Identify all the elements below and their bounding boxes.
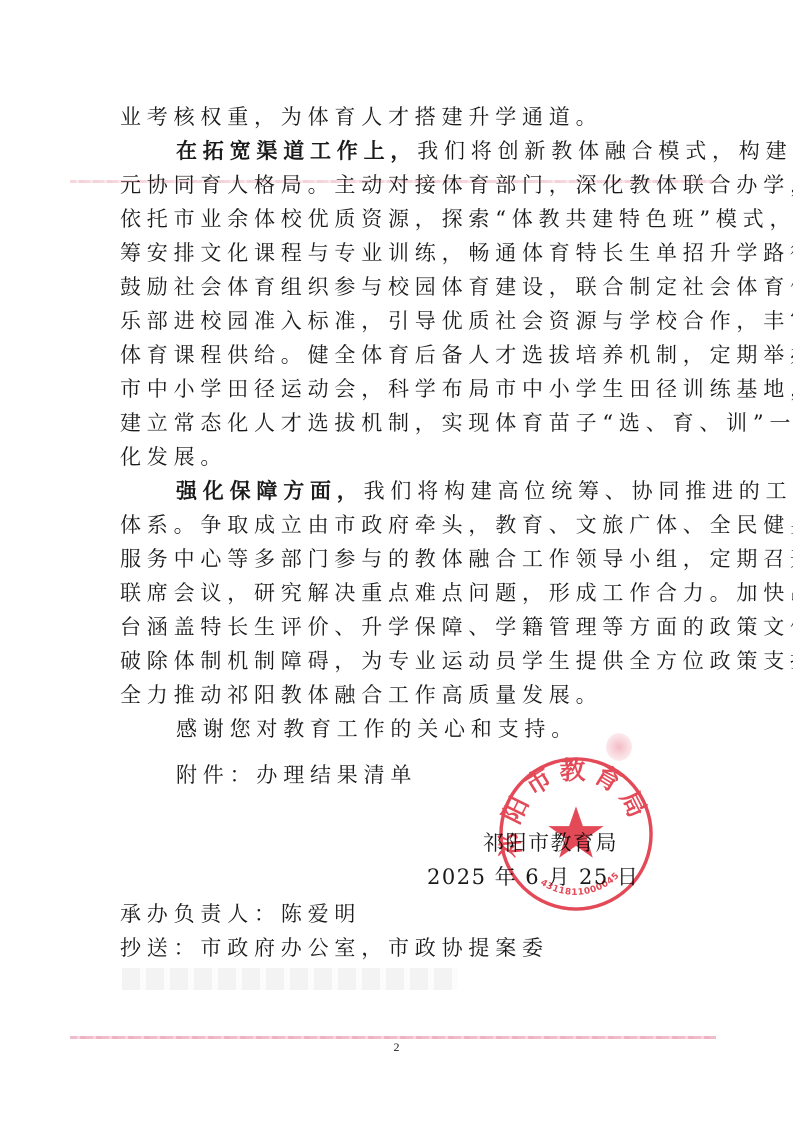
section-lead: 在拓宽渠道工作上， (176, 139, 417, 163)
bleed-through-text (122, 968, 458, 990)
attachment-line: 附件：办理结果清单 (176, 758, 417, 792)
body-line: 筹安排文化课程与专业训练，畅通体育特长生单招升学路径。 (120, 236, 680, 270)
body-line: 元协同育人格局。主动对接体育部门，深化教体联合办学， (120, 168, 680, 202)
cc-line: 抄送：市政府办公室，市政协提案委 (120, 931, 549, 965)
handler-line: 承办负责人：陈爱明 (120, 897, 361, 931)
attachment-label: 附件： (176, 763, 256, 787)
body-line: 破除体制机制障碍，为专业运动员学生提供全方位政策支持， (120, 644, 680, 678)
cc-label: 抄送： (120, 936, 200, 960)
body-line: 依托市业余体校优质资源，探索“体教共建特色班”模式，统 (120, 202, 680, 236)
cc-value: 市政府办公室，市政协提案委 (200, 936, 548, 960)
body-text: 我们将构建高位统筹、协同推进的工作 (364, 479, 793, 503)
svg-text:4311811000045: 4311811000045 (538, 871, 621, 898)
seal-number: 4311811000045 (538, 871, 621, 898)
body-line: 服务中心等多部门参与的教体融合工作领导小组，定期召开 (120, 542, 680, 576)
attachment-value: 办理结果清单 (256, 763, 417, 787)
body-line: 台涵盖特长生评价、升学保障、学籍管理等方面的政策文件， (120, 610, 680, 644)
document-page: 业考核权重，为体育人才搭建升学通道。 在拓宽渠道工作上，我们将创新教体融合模式，… (0, 0, 793, 1121)
body-line: 全力推动祁阳教体融合工作高质量发展。 (120, 678, 680, 712)
body-line: 市中小学田径运动会，科学布局市中小学生田径训练基地， (120, 372, 680, 406)
body-line: 鼓励社会体育组织参与校园体育建设，联合制定社会体育俱 (120, 270, 680, 304)
document-body: 业考核权重，为体育人才搭建升学通道。 在拓宽渠道工作上，我们将创新教体融合模式，… (120, 100, 680, 746)
handler-label: 承办负责人： (120, 902, 281, 926)
body-line: 体系。争取成立由市政府牵头，教育、文旅广体、全民健身 (120, 508, 680, 542)
body-line: 体育课程供给。健全体育后备人才选拔培养机制，定期举办 (120, 338, 680, 372)
body-line: 联席会议，研究解决重点难点问题，形成工作合力。加快出 (120, 576, 680, 610)
page-number: 2 (0, 1040, 793, 1055)
body-line: 业考核权重，为体育人才搭建升学通道。 (120, 100, 680, 134)
body-line: 在拓宽渠道工作上，我们将创新教体融合模式，构建多 (120, 134, 680, 168)
body-line: 强化保障方面，我们将构建高位统筹、协同推进的工作 (120, 474, 680, 508)
thanks-line: 感谢您对教育工作的关心和支持。 (120, 712, 680, 746)
body-text: 我们将创新教体融合模式，构建多 (417, 139, 793, 163)
body-line: 建立常态化人才选拔机制，实现体育苗子“选、育、训”一体 (120, 406, 680, 440)
body-line: 乐部进校园准入标准，引导优质社会资源与学校合作，丰富 (120, 304, 680, 338)
handler-name: 陈爱明 (281, 902, 361, 926)
footer-rule (70, 1036, 716, 1039)
body-line: 化发展。 (120, 440, 680, 474)
official-seal-icon: 祁阳市教育局 4311811000045 (497, 755, 655, 913)
section-lead: 强化保障方面， (176, 479, 364, 503)
